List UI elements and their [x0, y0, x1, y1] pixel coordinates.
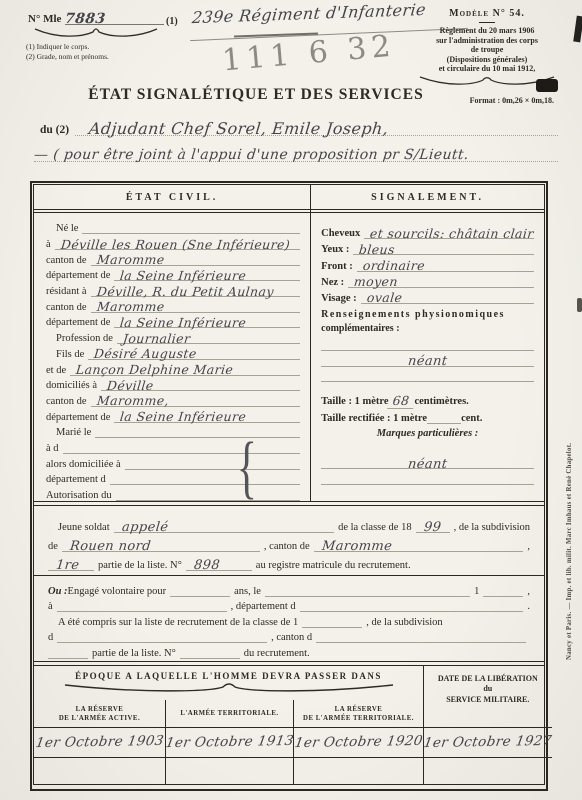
field-label: et de: [46, 365, 66, 376]
ou-label: Ou :: [48, 586, 68, 597]
compris-label: A été compris sur la liste de recrutemen…: [48, 617, 298, 628]
comma: ,: [527, 586, 530, 597]
blank-writing-line: [321, 439, 534, 454]
document-scan: N° Mle 7883 (1) Indiquer le corps. (2) G…: [0, 0, 582, 800]
field-value: moyen: [353, 274, 398, 289]
field-label: Yeux :: [321, 244, 349, 255]
recrutement-mode: appelé: [121, 520, 169, 535]
main-form-box: ÉTAT CIVIL. Né le àDéville les Rouen (Sn…: [30, 181, 548, 791]
format-note: Format : 0m,26 × 0m,18.: [470, 96, 554, 105]
empty-cell: [166, 758, 294, 785]
comma: ,: [527, 541, 530, 552]
field-label: canton de: [46, 255, 87, 266]
field-label: canton de: [46, 302, 87, 313]
epoque-heading: ÉPOQUE A LAQUELLE L'HOMME DEVRA PASSER D…: [75, 671, 382, 681]
modele-block: Modèle N° 54. Règlement du 20 mars 1906 …: [408, 8, 566, 87]
etat-civil-body: Né le àDéville les Rouen (Sne Inférieure…: [34, 213, 310, 501]
corps-ref-label: (1): [166, 16, 178, 27]
blank-writing-line: [427, 413, 461, 424]
scan-artifact: [573, 16, 582, 43]
a-label: à: [48, 601, 53, 612]
liberation-heading-1: DATE DE LA LIBÉRATION: [424, 674, 552, 685]
col-header-line: DE L'ARMÉE ACTIVE.: [34, 714, 165, 723]
section-recrutement: Jeune soldat appelé de la classe de 18 9…: [34, 506, 544, 575]
field-label: Nez :: [321, 277, 344, 288]
field-value: Lançon Delphine Marie: [75, 362, 234, 377]
field-value: Maromme: [96, 299, 165, 314]
field-value: Journalier: [122, 331, 191, 346]
signalement-column: SIGNALEMENT. Cheveuxet sourcils: châtain…: [311, 185, 544, 501]
liberation-date: 1er Octobre 1927: [423, 733, 554, 751]
marques-value-line: néant: [321, 454, 534, 470]
col-header-line: LA RÉSERVE: [294, 705, 423, 714]
field-value: la Seine Inférieure: [120, 409, 248, 424]
empty-cell: [294, 758, 424, 785]
marques-heading: Marques particulières :: [321, 428, 534, 439]
partie-value: 1re: [55, 558, 80, 573]
reglement-line: Règlement du 20 mars 1906: [408, 26, 566, 36]
numero-matricule-value: 898: [193, 558, 221, 573]
reglement-text: Règlement du 20 mars 1906 sur l'administ…: [408, 26, 566, 74]
subdivision-label: , de la subdivision: [366, 617, 442, 628]
reglement-line: sur l'administration des corps: [408, 36, 566, 46]
classe-label: de la classe de 18: [338, 522, 411, 533]
liberation-header-cell: DATE DE LA LIBÉRATION du SERVICE MILITAI…: [424, 666, 552, 728]
blank-writing-line: [57, 611, 227, 612]
field-label: résidant à: [46, 286, 87, 297]
col-header-line: L'ARMÉE TERRITORIALE.: [166, 705, 293, 718]
regiment-handwriting: 239e Régiment d'Infanterie: [191, 0, 427, 27]
col-header-line: LA RÉSERVE: [34, 705, 165, 714]
etat-civil-heading: ÉTAT CIVIL.: [34, 185, 310, 210]
field-value: la Seine Inférieure: [120, 268, 248, 283]
taille-label: Taille : 1 mètre: [321, 396, 388, 407]
field-label: Front :: [321, 261, 353, 272]
passage-date: 1er Octobre 1903: [34, 733, 165, 751]
period: .: [527, 601, 530, 612]
recrutement-label: Jeune soldat: [48, 522, 110, 533]
field-value: Déville, R. du Petit Aulnay: [96, 284, 274, 299]
renseignements-value: néant: [407, 354, 448, 369]
subdivision-label: , de la subdivision: [454, 522, 530, 533]
signalement-heading: SIGNALEMENT.: [311, 185, 544, 210]
empty-cell: [424, 758, 552, 785]
pencil-annotation: 111 6 32: [222, 34, 396, 71]
d-label: d: [48, 632, 53, 643]
field-value: Déville: [106, 378, 154, 393]
canton-value: Maromme: [321, 539, 393, 554]
taille-unit: centimètres.: [414, 396, 468, 407]
scan-artifact: [536, 79, 558, 92]
field-label: domiciliés à: [46, 380, 97, 391]
footnotes: (1) Indiquer le corps. (2) Grade, nom et…: [26, 42, 109, 61]
engage-label: Engagé volontaire pour: [68, 586, 167, 597]
blank-writing-line: [302, 627, 362, 628]
passage-date-cell: 1er Octobre 1913: [166, 728, 294, 758]
field-label: Marié le: [46, 427, 91, 438]
matricule-value: 7883: [65, 11, 107, 27]
modele-title: Modèle N° 54.: [408, 8, 566, 19]
field-value: et sourcils: châtain clair: [369, 226, 534, 241]
field-label: département de: [46, 270, 110, 281]
blank-writing-line: [180, 658, 240, 659]
field-value: Déville les Rouen (Sne Inférieure): [60, 237, 291, 252]
renseignements-heading-2: complémentaires :: [321, 322, 534, 336]
du-note-line: — ( pour être joint à l'appui d'une prop…: [34, 143, 558, 162]
field-value: ordinaire: [362, 258, 426, 273]
field-label: à d: [46, 443, 59, 454]
taille-value: 68: [388, 393, 416, 409]
field-label: Fils de: [46, 349, 84, 360]
reglement-line: et circulaire du 10 mai 1912,: [408, 64, 566, 74]
classe-value: 99: [423, 520, 442, 535]
col-header-armee-territoriale: L'ARMÉE TERRITORIALE.: [166, 700, 294, 728]
subdivision-de-label: de: [48, 541, 58, 552]
blank-writing-line: [321, 336, 534, 352]
registre-label: au registre matricule du recrutement.: [256, 560, 411, 571]
du-line: du (2) Adjudant Chef Sorel, Emile Joseph…: [40, 115, 558, 136]
passage-date-cell: 1er Octobre 1920: [294, 728, 424, 758]
taille-rectifiee-label: Taille rectifiée : 1 mètre: [321, 413, 427, 424]
renseignements-value-line: néant: [321, 351, 534, 367]
passage-date: 1er Octobre 1913: [164, 733, 295, 751]
field-label: Visage :: [321, 293, 356, 304]
blank-writing-line: [300, 611, 524, 612]
field-label: département de: [46, 412, 110, 423]
swash-ornament: [32, 26, 160, 39]
field-value: Désiré Auguste: [94, 346, 198, 361]
marques-value: néant: [407, 457, 448, 472]
liberation-heading-2: du: [424, 684, 552, 695]
partie-label: partie de la liste. N°: [98, 560, 182, 571]
field-label: Cheveux: [321, 228, 360, 239]
passage-date-cell: 1er Octobre 1903: [34, 728, 166, 758]
col-header-line: DE L'ARMÉE TERRITORIALE.: [294, 714, 423, 723]
epoque-header-cell: ÉPOQUE A LAQUELLE L'HOMME DEVRA PASSER D…: [34, 666, 424, 700]
du-note-handwriting: — ( pour être joint à l'appui d'une prop…: [33, 147, 470, 163]
field-label: Profession de: [46, 333, 113, 344]
footnote-2: (2) Grade, nom et prénoms.: [26, 52, 109, 62]
year-prefix: 1: [474, 586, 479, 597]
renseignements-heading-1: Renseignements physionomiques: [321, 308, 534, 322]
blank-writing-line: [265, 596, 470, 597]
matricule-label: N° Mle: [28, 13, 61, 25]
reglement-line: (Dispositions générales): [408, 55, 566, 65]
du-value-handwriting: Adjudant Chef Sorel, Emile Joseph,: [74, 119, 389, 138]
section-etat-civil-signalement: ÉTAT CIVIL. Né le àDéville les Rouen (Sn…: [34, 185, 544, 501]
passage-table: ÉPOQUE A LAQUELLE L'HOMME DEVRA PASSER D…: [34, 666, 544, 785]
canton-label: , canton de: [264, 541, 310, 552]
etat-civil-column: ÉTAT CIVIL. Né le àDéville les Rouen (Sn…: [34, 185, 311, 501]
departement-label: , département d: [231, 601, 296, 612]
canton-label: , canton d: [271, 632, 312, 643]
field-label: à: [46, 239, 51, 250]
blank-writing-line: [316, 642, 526, 643]
brace-ornament: {: [237, 437, 257, 499]
brace-under-ornament: [59, 682, 399, 693]
subdivision-value: Rouen nord: [69, 539, 151, 554]
liberation-heading-3: SERVICE MILITAIRE.: [424, 695, 552, 706]
field-value: Maromme,: [96, 393, 170, 408]
dash-ornament: [479, 22, 495, 23]
section-engagement: Ou : Engagé volontaire pour ans, le 1 , …: [34, 576, 544, 661]
blank-writing-line: [57, 642, 267, 643]
field-label: département de: [46, 317, 110, 328]
main-form-inner: ÉTAT CIVIL. Né le àDéville les Rouen (Sn…: [33, 184, 545, 785]
liberation-date-cell: 1er Octobre 1927: [424, 728, 552, 758]
col-header-reserve-active: LA RÉSERVE DE L'ARMÉE ACTIVE.: [34, 700, 166, 728]
printer-credit: Nancy et Paris. — Imp. et lib. milit. Ma…: [566, 330, 573, 660]
passage-date: 1er Octobre 1920: [293, 733, 424, 751]
field-value: la Seine Inférieure: [120, 315, 248, 330]
ans-le-label: ans, le: [234, 586, 261, 597]
partie-label: partie de la liste. N°: [92, 648, 176, 659]
footnote-1: (1) Indiquer le corps.: [26, 42, 109, 52]
blank-writing-line: [170, 596, 230, 597]
page-title: ÉTAT SIGNALÉTIQUE ET DES SERVICES: [0, 86, 512, 104]
field-label: Autorisation du: [46, 490, 112, 501]
scan-artifact: [577, 298, 582, 312]
blank-writing-line: [483, 596, 523, 597]
blank-writing-line: [321, 367, 534, 383]
col-header-reserve-territoriale: LA RÉSERVE DE L'ARMÉE TERRITORIALE.: [294, 700, 424, 728]
recrutement-label: du recrutement.: [244, 648, 310, 659]
field-value: Maromme: [96, 252, 165, 267]
du-label: du (2): [40, 124, 69, 136]
field-value: bleus: [359, 242, 396, 257]
blank-writing-line: [48, 658, 88, 659]
signalement-body: Cheveuxet sourcils: châtain clair Yeux :…: [311, 213, 544, 501]
taille-rectifiee-unit: cent.: [461, 413, 482, 424]
field-label: alors domiciliée à: [46, 459, 121, 470]
reglement-line: de troupe: [408, 45, 566, 55]
field-label: canton de: [46, 396, 87, 407]
field-label: Né le: [46, 223, 78, 234]
matricule-block: N° Mle 7883: [28, 8, 164, 39]
empty-cell: [34, 758, 166, 785]
field-value: ovale: [366, 290, 403, 305]
field-label: département d: [46, 474, 106, 485]
